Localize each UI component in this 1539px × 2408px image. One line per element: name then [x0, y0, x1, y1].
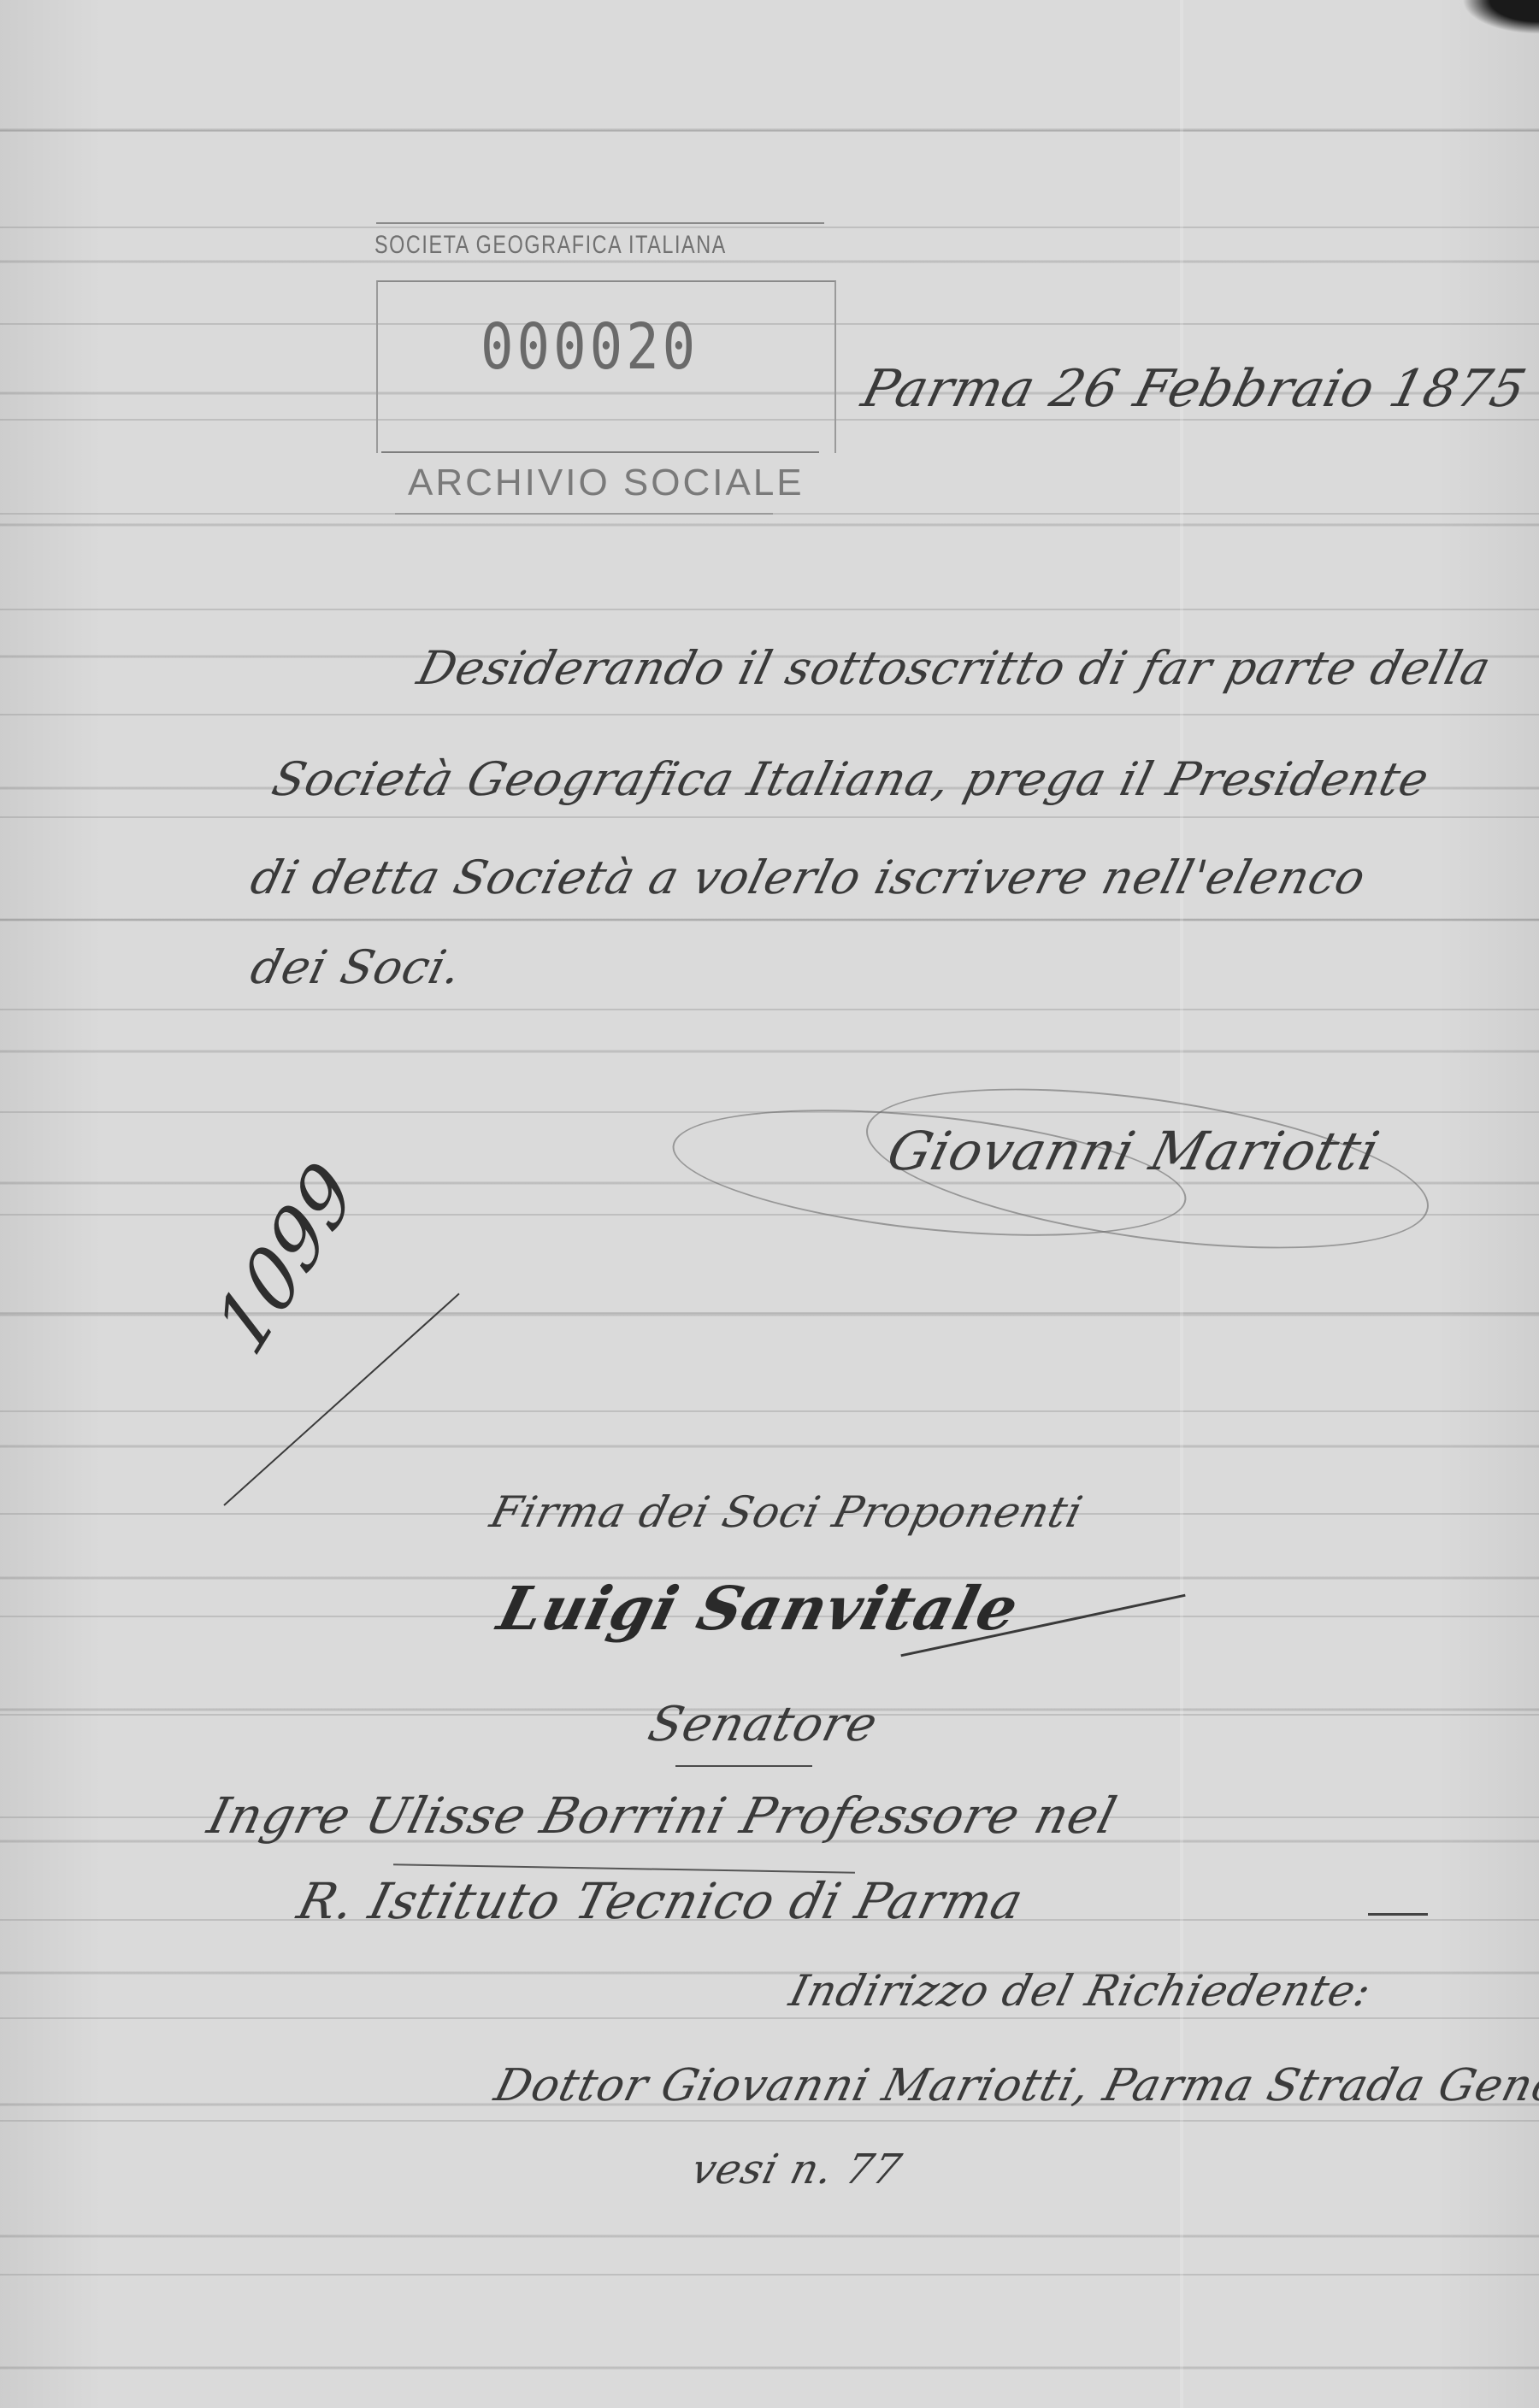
address-label: Indirizzo del Richiedente: — [785, 1966, 1377, 2016]
ruled-line — [0, 919, 1539, 921]
ruled-line — [0, 1410, 1539, 1412]
underline — [675, 1765, 812, 1767]
applicant-signature: Giovanni Mariotti — [882, 1120, 1386, 1182]
address-line: vesi n. 77 — [687, 2146, 906, 2193]
ruled-line — [0, 2017, 1539, 2019]
stamp-border — [381, 451, 819, 453]
body-line: Desiderando il sottoscritto di far parte… — [412, 641, 1496, 695]
stamp-border — [376, 222, 824, 224]
stamp-number: 000020 — [481, 311, 699, 384]
applicant-signature-block: Giovanni Mariotti — [667, 1073, 1436, 1244]
ruled-line — [0, 2274, 1539, 2276]
ruled-line — [0, 130, 1539, 132]
proponent-signature: Luigi Sanvitale — [492, 1573, 1026, 1644]
signature-flourish — [1368, 1913, 1428, 1916]
proponent-title: Senatore — [643, 1697, 883, 1752]
body-line: di detta Società a volerlo iscrivere nel… — [245, 851, 1371, 904]
archive-stamp: SOCIETA GEOGRAFICA ITALIANA 000020 ARCHI… — [369, 205, 841, 517]
ruled-line — [0, 1009, 1539, 1010]
ruled-line — [0, 2120, 1539, 2122]
ruled-line — [0, 714, 1539, 715]
stamp-border — [395, 513, 773, 515]
page-corner — [1462, 0, 1539, 34]
date-line: Parma 26 Febbraio 1875 — [856, 359, 1532, 419]
proponent-signature: Ingre Ulisse Borrini Professore nel — [203, 1787, 1123, 1845]
ruled-line — [0, 609, 1539, 610]
proponent-affiliation: R. Istituto Tecnico di Parma — [292, 1872, 1030, 1930]
address-line: Dottor Giovanni Mariotti, Parma Strada G… — [490, 2060, 1539, 2111]
body-line: dei Soci. — [245, 940, 468, 994]
stamp-footer: ARCHIVIO SOCIALE — [408, 462, 805, 504]
stamp-header: SOCIETA GEOGRAFICA ITALIANA — [374, 231, 722, 260]
body-line: Società Geografica Italiana, prega il Pr… — [267, 752, 1435, 806]
proponents-label: Firma dei Soci Proponenti — [486, 1487, 1088, 1537]
ruled-line — [0, 816, 1539, 818]
